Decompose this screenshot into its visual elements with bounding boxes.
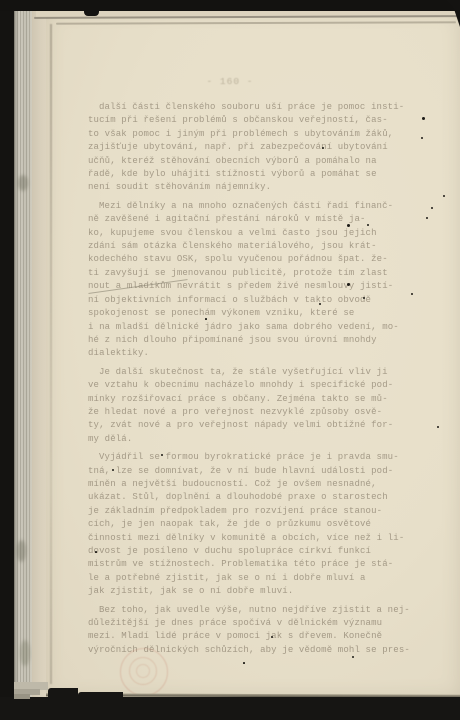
typewritten-line: le a potřebné zjistit, jak se o ní i dob… bbox=[88, 572, 418, 585]
ink-speck bbox=[112, 469, 114, 471]
typewritten-line: dovost je posíleno v duchu spolupráce cí… bbox=[88, 545, 418, 558]
typewritten-line: spokojenost se ponechám výkonem vzniku, … bbox=[88, 307, 418, 320]
typewritten-line: důležitější je dnes práce spočívá v děln… bbox=[88, 617, 418, 630]
ink-speck bbox=[367, 224, 369, 226]
typewritten-line: dialektiky. bbox=[88, 347, 418, 360]
typewritten-paragraph: Vyjádřil se formou byrokratické práce je… bbox=[88, 451, 418, 598]
ink-speck bbox=[352, 656, 354, 658]
typewritten-line: Bez toho, jak uvedle výše, nutno nejdřív… bbox=[88, 604, 418, 617]
ink-speck bbox=[421, 137, 423, 139]
fore-edge-smudge bbox=[20, 640, 30, 666]
typewritten-line: ve vztahu k obecnímu nacházelo mnohdy i … bbox=[88, 379, 418, 392]
typewritten-line: zajišťuje ubytování, např. při zabezpečo… bbox=[88, 141, 418, 154]
typewritten-line: tná, lze se domnívat, že v ní bude hlavn… bbox=[88, 465, 418, 478]
typewritten-line: hé z nich dlouho připomínané jsou svou ú… bbox=[88, 334, 418, 347]
typewritten-line: to však pomoc i jiným při problémech s u… bbox=[88, 128, 418, 141]
typewritten-paragraph: Je další skutečnost ta, že stále vyšetřu… bbox=[88, 366, 418, 446]
scanner-bed-top-right bbox=[300, 0, 460, 8]
ink-speck bbox=[431, 207, 433, 209]
scanner-bed-bottom bbox=[0, 697, 460, 720]
ink-speck bbox=[319, 303, 321, 305]
typewritten-line: mistrům ve stížnostech. Problematika tét… bbox=[88, 558, 418, 571]
typewritten-line: míněn a největší budoucností. Což je ovš… bbox=[88, 478, 418, 491]
typewritten-line: ní objektivních informací o službách v t… bbox=[88, 294, 418, 307]
scanner-bed-step bbox=[78, 692, 123, 700]
underpage-edge-line bbox=[50, 24, 52, 684]
book-fore-edge bbox=[14, 9, 34, 703]
scanner-bed-step bbox=[48, 688, 78, 698]
typewritten-line: činnosti mezi dělníky v komunitě a obcíc… bbox=[88, 532, 418, 545]
ink-speck bbox=[363, 297, 365, 299]
ink-speck bbox=[422, 117, 425, 120]
ink-speck bbox=[347, 224, 350, 227]
ink-speck bbox=[95, 551, 97, 553]
fore-edge-smudge bbox=[18, 175, 28, 191]
typewritten-line: další části členského souboru uší práce … bbox=[88, 101, 418, 114]
ink-speck bbox=[161, 454, 163, 456]
typewritten-line: mezi. Mladí lidé práce v pomoci jak s dř… bbox=[88, 630, 418, 643]
typewritten-text-block: další části členského souboru uší práce … bbox=[88, 101, 418, 662]
typewritten-line: ukázat. Stůl, doplnění a dlouhodobé prax… bbox=[88, 491, 418, 504]
typewritten-line: cích, je jen naopak tak, že jde o průzku… bbox=[88, 518, 418, 531]
typewritten-line: mínky rozšiřovací práce s občany. Zejmén… bbox=[88, 393, 418, 406]
ink-speck bbox=[426, 217, 428, 219]
typewritten-line: že hledat nové a pro veřejnost nezvyklé … bbox=[88, 406, 418, 419]
circular-stamp-core-ring bbox=[136, 664, 150, 678]
typewritten-line: Je další skutečnost ta, že stále vyšetřu… bbox=[88, 366, 418, 379]
typewritten-line: učňů, kteréž stěhování obecních výborů a… bbox=[88, 155, 418, 168]
typewritten-line: je základním předpokladem pro rozvíjení … bbox=[88, 505, 418, 518]
ink-speck bbox=[437, 426, 439, 428]
circular-stamp-icon bbox=[120, 648, 168, 696]
typewritten-line: kodechého stavu OSK, spolu vyučenou pořá… bbox=[88, 253, 418, 266]
ink-speck bbox=[347, 283, 350, 286]
typewritten-line: jak zjistit, jak se o ní dobře mluví. bbox=[88, 585, 418, 598]
typewritten-line: ti zavyšují se jmenovanou publicitě, pro… bbox=[88, 267, 418, 280]
ink-speck bbox=[271, 636, 273, 638]
typewritten-line: Mezi dělníky a na mnoho označených částí… bbox=[88, 200, 418, 213]
page-stack-step bbox=[14, 694, 30, 699]
typewritten-line: zdání sám otázka členského materiálového… bbox=[88, 240, 418, 253]
typewritten-line: ty, zvát nové a pro veřejnost nápady vel… bbox=[88, 419, 418, 432]
typewritten-line: řadě, kde bylo uhájiti stížnosti výborů … bbox=[88, 168, 418, 181]
typewritten-line: tucím při řešení problémů s občanskou ve… bbox=[88, 114, 418, 127]
fore-edge-smudge bbox=[17, 540, 26, 562]
scanner-bed-notch bbox=[84, 10, 99, 16]
typewritten-paragraph: další části členského souboru uší práce … bbox=[88, 101, 418, 195]
typewritten-line: i na mladší dělnické jádro jako sama dob… bbox=[88, 321, 418, 334]
ink-speck bbox=[411, 293, 413, 295]
typewritten-line: my dělá. bbox=[88, 433, 418, 446]
ink-speck bbox=[322, 147, 324, 149]
scanned-book-page: - 160 - další části členského souboru uš… bbox=[0, 0, 460, 720]
typewritten-line: není soudit stěhováním nájemníky. bbox=[88, 181, 418, 194]
ink-speck bbox=[243, 662, 245, 664]
ink-speck bbox=[205, 318, 207, 320]
ink-speck bbox=[443, 195, 445, 197]
page-number: - 160 - bbox=[0, 76, 460, 87]
typewritten-line: Vyjádřil se formou byrokratické práce je… bbox=[88, 451, 418, 464]
typewritten-line: ko, kupujeme svou členskou a velmi často… bbox=[88, 227, 418, 240]
